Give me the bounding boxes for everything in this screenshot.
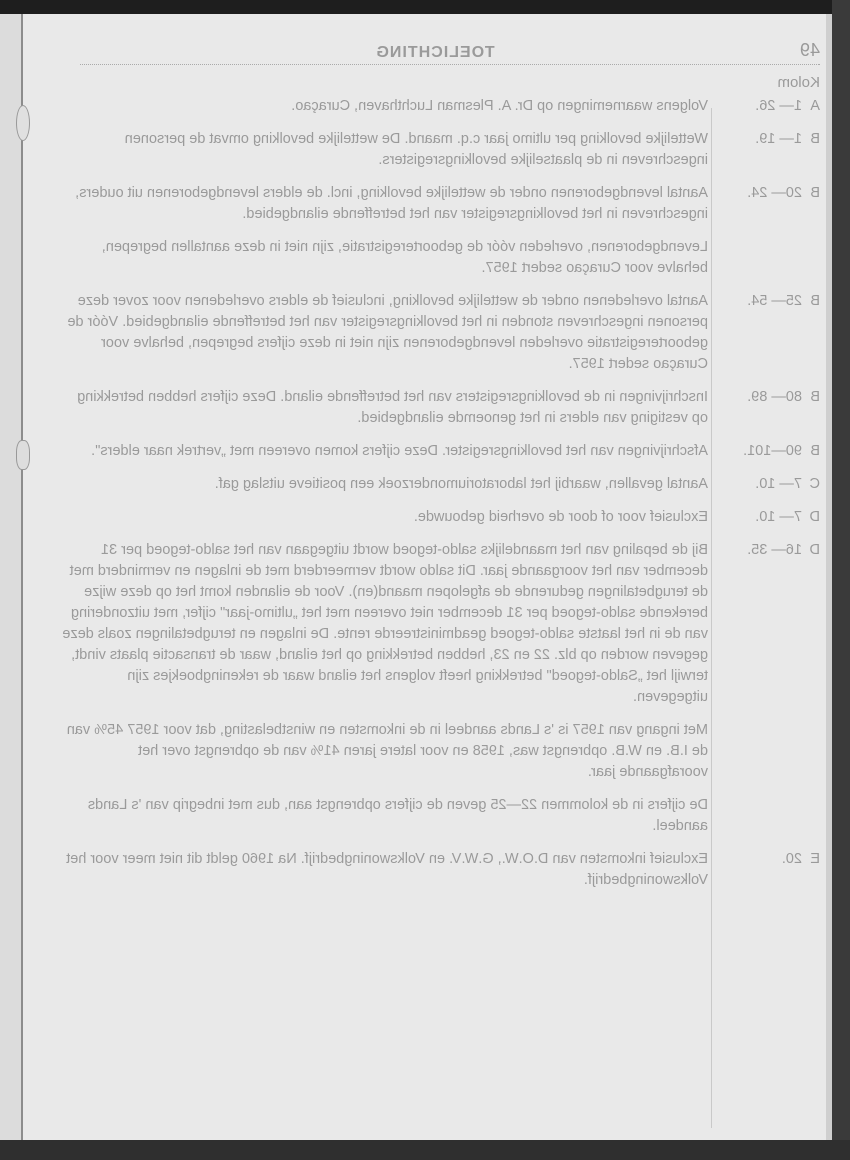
note-paragraph: Aantal gevallen, waarbij het laboratoriu…: [60, 474, 708, 495]
column-letter: D: [802, 540, 820, 837]
column-letter: B: [802, 387, 820, 429]
page-content: TOELICHTING 49 Kolom A1— 26.Volgens waar…: [40, 30, 830, 1120]
note-entry: B20— 24.Aantal levendgeborenen onder de …: [60, 183, 820, 279]
page-title: TOELICHTING: [40, 44, 830, 62]
binding-clip: [16, 440, 30, 470]
note-paragraph: Met ingang van 1957 is 's Lands aandeel …: [60, 720, 708, 783]
page-header: TOELICHTING 49: [60, 40, 830, 64]
note-entry: C7— 10.Aantal gevallen, waarbij het labo…: [60, 474, 820, 495]
note-text: Afschrijvingen van het bevolkingsregiste…: [60, 441, 722, 462]
scan-bottom-edge: [0, 1140, 850, 1160]
column-letter: E: [802, 849, 820, 891]
note-text: Bij de bepaling van het maandelijks sald…: [60, 540, 722, 837]
note-text: Inschrijvingen in de bevolkingsregisters…: [60, 387, 722, 429]
note-entry: B1— 19.Wettelijke bevolking per ultimo j…: [60, 129, 820, 171]
column-letter: B: [802, 129, 820, 171]
note-paragraph: Exclusief inkomsten van D.O.W., G.W.V. e…: [60, 849, 708, 891]
note-text: Wettelijke bevolking per ultimo jaar c.q…: [60, 129, 722, 171]
note-paragraph: De cijfers in de kolommen 22—25 geven de…: [60, 795, 708, 837]
note-entry: B25— 54.Aantal overledenen onder de wett…: [60, 291, 820, 375]
column-letter: D: [802, 507, 820, 528]
note-paragraph: Inschrijvingen in de bevolkingsregisters…: [60, 387, 708, 429]
kolom-label: Kolom: [777, 74, 820, 91]
column-range: 1— 26.: [722, 96, 802, 117]
column-range: 25— 54.: [722, 291, 802, 375]
note-paragraph: Wettelijke bevolking per ultimo jaar c.q…: [60, 129, 708, 171]
column-range: 20— 24.: [722, 183, 802, 279]
note-entry: A1— 26.Volgens waarnemingen op Dr. A. Pl…: [60, 96, 820, 117]
note-text: Aantal levendgeborenen onder de wettelij…: [60, 183, 722, 279]
note-text: Exclusief inkomsten van D.O.W., G.W.V. e…: [60, 849, 722, 891]
column-letter: B: [802, 441, 820, 462]
column-letter: B: [802, 291, 820, 375]
header-rule: [80, 64, 820, 66]
column-range: 20.: [722, 849, 802, 891]
binding-clip: [16, 105, 30, 141]
note-entry: B80— 89.Inschrijvingen in de bevolkingsr…: [60, 387, 820, 429]
facing-page-edge: [0, 14, 22, 1142]
column-letter: C: [802, 474, 820, 495]
column-letter: B: [802, 183, 820, 279]
note-paragraph: Volgens waarnemingen op Dr. A. Plesman L…: [60, 96, 708, 117]
note-entry: B90—101.Afschrijvingen van het bevolking…: [60, 441, 820, 462]
note-entry: D7— 10.Exclusief voor of door de overhei…: [60, 507, 820, 528]
notes-list: A1— 26.Volgens waarnemingen op Dr. A. Pl…: [60, 96, 820, 903]
note-paragraph: Aantal levendgeborenen onder de wettelij…: [60, 183, 708, 225]
note-paragraph: Levendgeborenen, overleden vóór de geboo…: [60, 237, 708, 279]
column-range: 80— 89.: [722, 387, 802, 429]
column-range: 1— 19.: [722, 129, 802, 171]
column-range: 7— 10.: [722, 507, 802, 528]
note-entry: D16— 35.Bij de bepaling van het maandeli…: [60, 540, 820, 837]
scan-right-edge: [832, 0, 850, 1160]
note-text: Exclusief voor of door de overheid gebou…: [60, 507, 722, 528]
note-paragraph: Exclusief voor of door de overheid gebou…: [60, 507, 708, 528]
column-range: 16— 35.: [722, 540, 802, 837]
column-letter: A: [802, 96, 820, 117]
note-text: Aantal overledenen onder de wettelijke b…: [60, 291, 722, 375]
page-number: 49: [800, 40, 820, 61]
note-text: Aantal gevallen, waarbij het laboratoriu…: [60, 474, 722, 495]
note-paragraph: Bij de bepaling van het maandelijks sald…: [60, 540, 708, 708]
column-range: 7— 10.: [722, 474, 802, 495]
note-paragraph: Afschrijvingen van het bevolkingsregiste…: [60, 441, 708, 462]
book-binding: [21, 14, 23, 1142]
column-range: 90—101.: [722, 441, 802, 462]
note-text: Volgens waarnemingen op Dr. A. Plesman L…: [60, 96, 722, 117]
note-entry: E20.Exclusief inkomsten van D.O.W., G.W.…: [60, 849, 820, 891]
note-paragraph: Aantal overledenen onder de wettelijke b…: [60, 291, 708, 375]
